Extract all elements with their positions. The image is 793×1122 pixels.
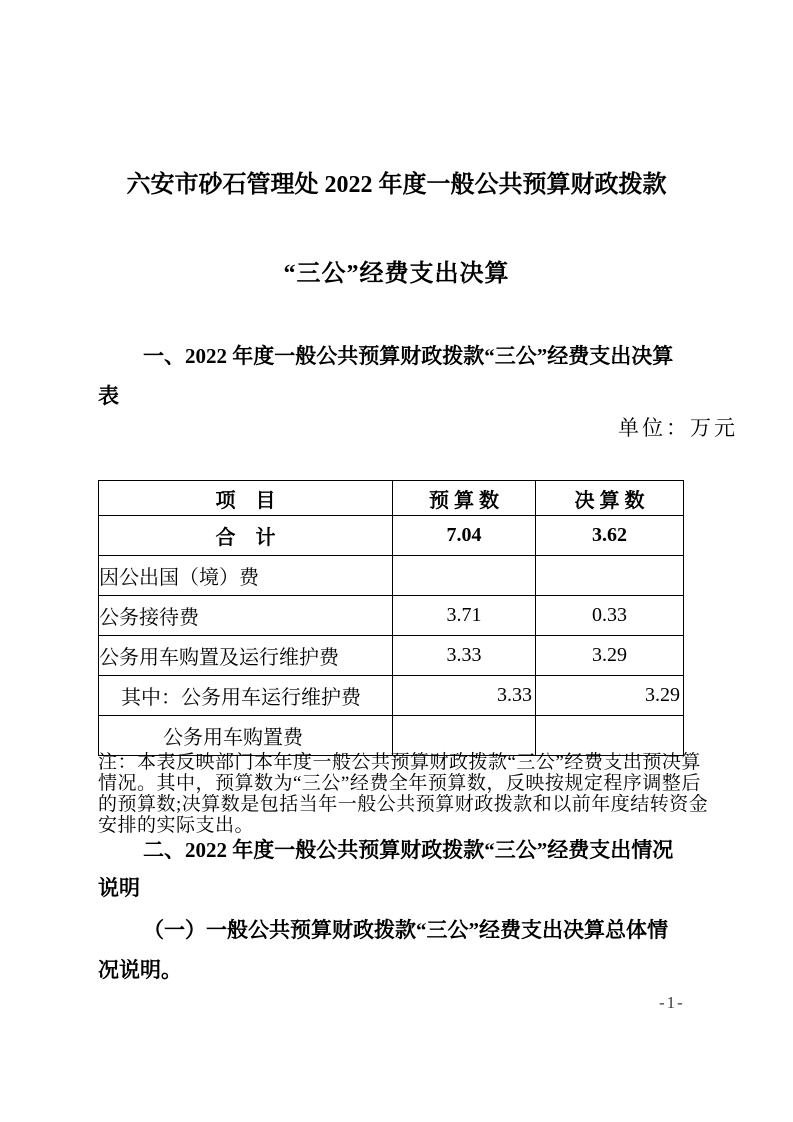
table-note: 注：本表反映部门本年度一般公共预算财政拨款“三公”经费支出预决算 情况。其中，预… (98, 752, 750, 836)
note-line: 情况。其中，预算数为“三公”经费全年预算数，反映按规定程序调整后 (98, 773, 750, 794)
note-line: 的预算数;决算数是包括当年一般公共预算财政拨款和以前年度结转资金 (98, 794, 750, 815)
table-row: 公务接待费 3.71 0.33 (99, 596, 684, 636)
document-page: 六安市砂石管理处 2022 年度一般公共预算财政拨款 “三公”经费支出决算 一、… (0, 0, 793, 1122)
unit-label: 单位：万元 (98, 414, 738, 442)
cell-final-value (536, 716, 684, 756)
subsection-1-heading: （一）一般公共预算财政拨款“三公”经费支出决算总体情 况说明。 (98, 910, 746, 990)
doc-title-line-1: 六安市砂石管理处 2022 年度一般公共预算财政拨款 (0, 169, 793, 201)
cell-final-value (536, 556, 684, 596)
section-1-heading: 一、2022 年度一般公共预算财政拨款“三公”经费支出决算 表 (98, 336, 746, 416)
cell-final-value: 3.62 (536, 516, 684, 556)
table-row: 因公出国（境）费 (99, 556, 684, 596)
cell-budget-value: 7.04 (393, 516, 536, 556)
cell-budget-value: 3.33 (393, 676, 536, 716)
cell-final-value: 0.33 (536, 596, 684, 636)
cell-item-label: 其中：公务用车运行维护费 (99, 676, 393, 716)
doc-title-line-2: “三公”经费支出决算 (0, 258, 793, 290)
section-2-line-1: 二、2022 年度一般公共预算财政拨款“三公”经费支出情况 (98, 831, 746, 869)
table-row: 其中：公务用车运行维护费 3.33 3.29 (99, 676, 684, 716)
cell-item-label: 公务用车购置及运行维护费 (99, 636, 393, 676)
table-row: 公务用车购置及运行维护费 3.33 3.29 (99, 636, 684, 676)
section-1-line-2: 表 (98, 376, 746, 416)
page-number: -1- (659, 994, 685, 1012)
subsection-1-line-2: 况说明。 (98, 950, 746, 990)
note-line: 注：本表反映部门本年度一般公共预算财政拨款“三公”经费支出预决算 (98, 752, 750, 773)
header-item: 项 目 (99, 481, 393, 516)
section-2-line-2: 说明 (98, 869, 746, 907)
cell-item-label: 公务接待费 (99, 596, 393, 636)
subsection-1-line-1: （一）一般公共预算财政拨款“三公”经费支出决算总体情 (98, 910, 746, 950)
cell-budget-value (393, 556, 536, 596)
cell-item-label: 合 计 (99, 516, 393, 556)
header-final: 决 算 数 (536, 481, 684, 516)
budget-table: 项 目 预 算 数 决 算 数 合 计 7.04 3.62 因公出国（境）费 公… (98, 480, 684, 756)
cell-budget-value (393, 716, 536, 756)
table-header-row: 项 目 预 算 数 决 算 数 (99, 481, 684, 516)
cell-item-label: 公务用车购置费 (99, 716, 393, 756)
table-row: 公务用车购置费 (99, 716, 684, 756)
cell-item-label: 因公出国（境）费 (99, 556, 393, 596)
cell-budget-value: 3.71 (393, 596, 536, 636)
header-budget: 预 算 数 (393, 481, 536, 516)
cell-budget-value: 3.33 (393, 636, 536, 676)
cell-final-value: 3.29 (536, 636, 684, 676)
table-row: 合 计 7.04 3.62 (99, 516, 684, 556)
section-1-line-1: 一、2022 年度一般公共预算财政拨款“三公”经费支出决算 (98, 336, 746, 376)
cell-final-value: 3.29 (536, 676, 684, 716)
section-2-heading: 二、2022 年度一般公共预算财政拨款“三公”经费支出情况 说明 (98, 831, 746, 907)
